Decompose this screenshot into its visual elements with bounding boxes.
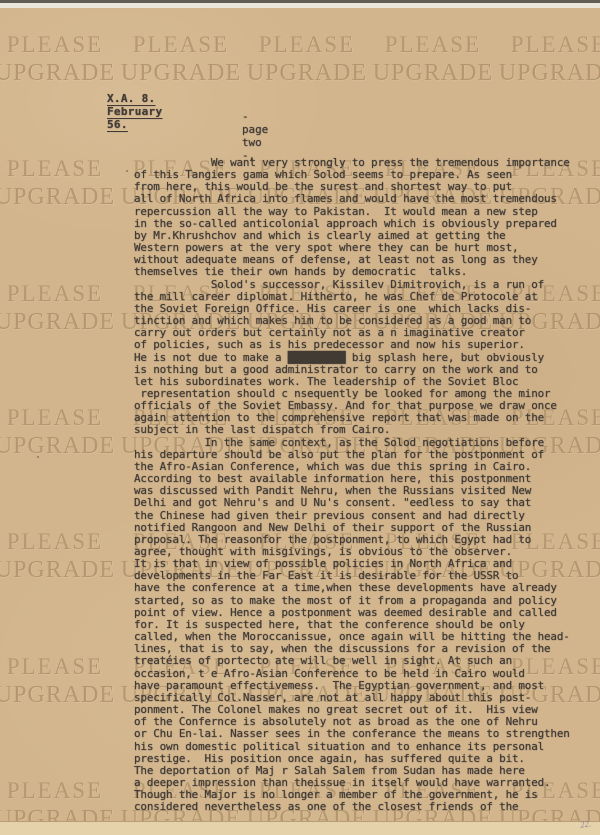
watermark-word-please: PLEASE <box>0 157 118 180</box>
scan-bottom-band <box>0 821 600 835</box>
watermark-word-please: PLEASE <box>0 33 118 56</box>
watermark-word-please: PLEASE <box>496 33 600 56</box>
watermark-block: PLEASEUPGRADE <box>118 33 244 85</box>
paragraph-afro-asian-conference: In the same context, as the Solod negoti… <box>134 437 586 814</box>
watermark-word-upgrade: UPGRADE <box>0 310 118 334</box>
watermark-block: PLEASEUPGRADE <box>496 33 600 85</box>
corner-pencil-mark: 22. <box>579 818 592 829</box>
watermark-block: PLEASEUPGRADE <box>0 530 118 582</box>
paper-speck <box>37 456 39 458</box>
watermark-word-upgrade: UPGRADE <box>0 434 118 458</box>
watermark-word-upgrade: UPGRADE <box>244 61 370 85</box>
watermark-word-upgrade: UPGRADE <box>370 61 496 85</box>
watermark-block: PLEASEUPGRADE <box>0 655 118 707</box>
paragraph-solod-successor: Solod's successor, Kissilev Dimitrovich,… <box>134 279 586 437</box>
watermark-block: PLEASEUPGRADE <box>244 33 370 85</box>
date-line: X.A. 8. February 56. <box>107 92 162 131</box>
document-page: PLEASEUPGRADEPLEASEUPGRADEPLEASEUPGRADEP… <box>0 0 600 835</box>
watermark-word-upgrade: UPGRADE <box>118 61 244 85</box>
watermark-block: PLEASEUPGRADE <box>0 157 118 209</box>
watermark-word-please: PLEASE <box>118 33 244 56</box>
watermark-word-upgrade: UPGRADE <box>0 683 118 707</box>
watermark-block: PLEASEUPGRADE <box>0 282 118 334</box>
watermark-word-please: PLEASE <box>370 33 496 56</box>
page-number-label: - page two -, <box>242 110 268 162</box>
paragraph-tangiers-game: We want very strongly to press the treme… <box>134 157 586 279</box>
scan-edge-light <box>0 3 600 8</box>
watermark-word-please: PLEASE <box>0 530 118 553</box>
watermark-word-please: PLEASE <box>0 282 118 305</box>
watermark-block: PLEASEUPGRADE <box>370 33 496 85</box>
watermark-word-upgrade: UPGRADE <box>0 61 118 85</box>
watermark-word-upgrade: UPGRADE <box>0 185 118 209</box>
watermark-word-please: PLEASE <box>0 406 118 429</box>
watermark-word-please: PLEASE <box>0 779 118 802</box>
watermark-word-upgrade: UPGRADE <box>496 61 600 85</box>
paper-speck <box>126 170 128 172</box>
body-text: We want very strongly to press the treme… <box>134 157 586 813</box>
watermark-block: PLEASEUPGRADE <box>0 33 118 85</box>
watermark-word-please: PLEASE <box>0 655 118 678</box>
watermark-word-please: PLEASE <box>244 33 370 56</box>
watermark-word-upgrade: UPGRADE <box>0 558 118 582</box>
watermark-block: PLEASEUPGRADE <box>0 406 118 458</box>
